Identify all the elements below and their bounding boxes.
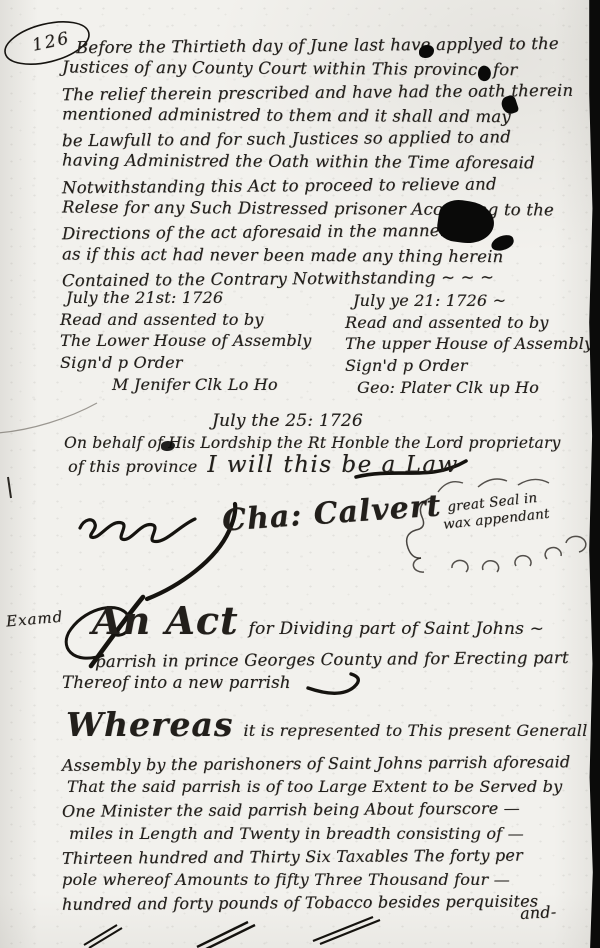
assent-declaration: I will this be a Law [207, 452, 458, 478]
manuscript-line: The Lower House of Assembly [60, 330, 311, 352]
catchword: and- [520, 902, 557, 923]
whereas-paragraph: Assembly by the parishoners of Saint Joh… [62, 752, 570, 914]
manuscript-line: Read and assented to by [60, 309, 311, 331]
manuscript-line: That the said parrish is of too Large Ex… [62, 775, 570, 798]
act-title-rest: for Dividing part of Saint Johns ~ [249, 619, 545, 639]
clerk-signature: Geo: Plater Clk up Ho [357, 377, 593, 399]
whereas-rest: it is represented to This present Genera… [243, 721, 587, 740]
seal-annotation: great Seal in wax appendant [446, 489, 550, 533]
manuscript-line: miles in Length and Twenty in breadth co… [62, 822, 570, 845]
upper-house-attestation: July ye 21: 1726 ~ Read and assented to … [345, 290, 593, 399]
manuscript-page: 126 Before the Thirtieth day of June las… [0, 0, 600, 948]
manuscript-line: Sign'd p Order [345, 355, 593, 377]
assent-line: of this province I will this be a Law [68, 452, 459, 478]
whereas-line: Whereas it is represented to This presen… [66, 708, 587, 741]
seal-note-lower-curls [413, 536, 585, 572]
statute-paragraph: Before the Thirtieth day of June last ha… [62, 34, 573, 290]
act-title-line: parrish in prince Georges County and for… [95, 648, 569, 671]
bottom-slash-mark-3 [313, 917, 380, 944]
manuscript-line: having Administred the Oath within the T… [62, 149, 573, 175]
bottom-slash-mark-1 [84, 925, 122, 948]
manuscript-line: Assembly by the parishoners of Saint Joh… [62, 750, 570, 777]
manuscript-line: One Minister the said parrish being Abou… [62, 797, 570, 824]
assent-date: July the 25: 1726 [212, 411, 363, 431]
clerk-signature: M Jenifer Clk Lo Ho [112, 374, 311, 396]
manuscript-line: Sign'd p Order [60, 352, 311, 374]
manuscript-line: Justices of any County Court within This… [62, 56, 573, 82]
manuscript-line: Thirteen hundred and Thirty Six Taxables… [62, 843, 570, 870]
stray-pen-line [0, 403, 97, 433]
manuscript-line: hundred and forty pounds of Tobacco besi… [62, 889, 570, 916]
examined-margin-note: Examd [5, 608, 64, 631]
parrish-tail-flourish [308, 674, 358, 693]
manuscript-line: pole whereof Amounts to fifty Three Thou… [62, 868, 570, 891]
calvert-signature: Cha: Calvert [221, 488, 442, 538]
signature-line-flourish [80, 519, 195, 542]
manuscript-line: Read and assented to by [345, 312, 593, 334]
margin-tick-mark [8, 477, 11, 498]
assent-line: On behalf of His Lordship the Rt Honble … [64, 434, 561, 452]
act-title-line: An Act for Dividing part of Saint Johns … [92, 602, 544, 640]
scan-page-edge [582, 0, 600, 948]
manuscript-line: The upper House of Assembly [345, 333, 593, 355]
attestation-date: July the 21st: 1726 [60, 287, 311, 309]
attestation-date: July ye 21: 1726 ~ [345, 290, 593, 312]
act-title-opening: An Act [92, 602, 239, 640]
assent-line-prefix: of this province [68, 457, 197, 476]
lower-house-attestation: July the 21st: 1726 Read and assented to… [60, 287, 311, 396]
whereas-opening: Whereas [66, 708, 233, 741]
act-title-line: Thereof into a new parrish [62, 673, 291, 692]
bottom-slash-mark-2 [197, 922, 255, 948]
